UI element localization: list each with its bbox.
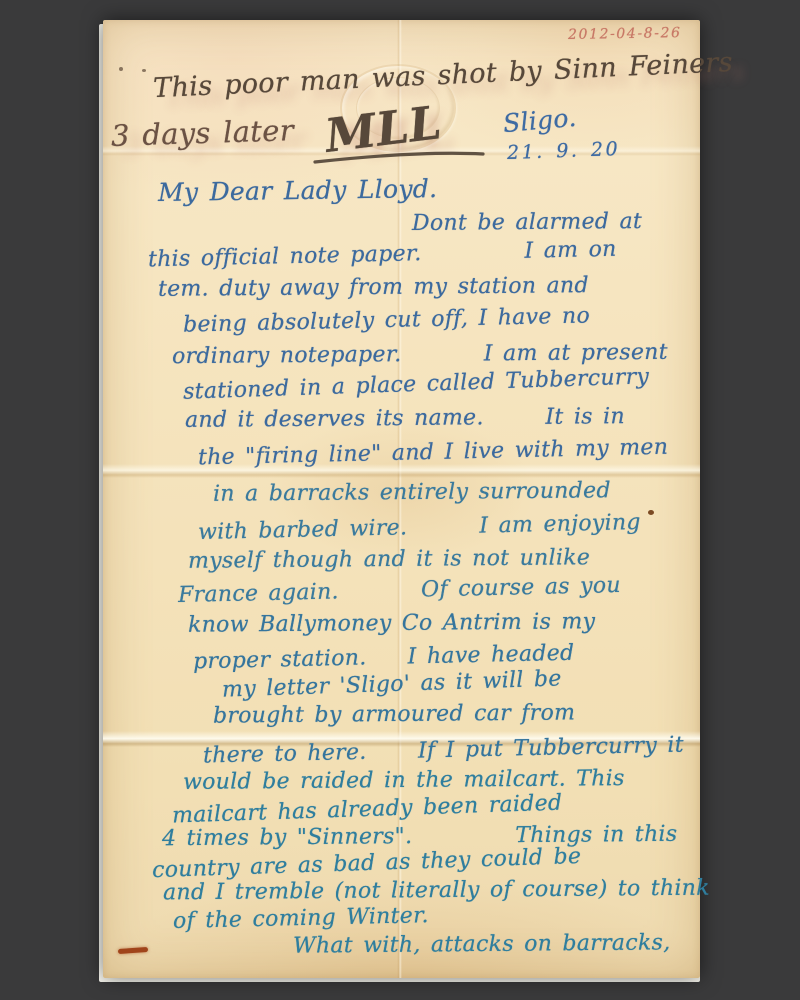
letter-line: 4 times by "Sinners". Things in this bbox=[162, 822, 678, 851]
letter-line: brought by armoured car from bbox=[213, 700, 575, 728]
letter-line: of the coming Winter. bbox=[173, 903, 429, 934]
letter-line: stationed in a place called Tubbercurry bbox=[183, 364, 650, 404]
letter-line: Dont be alarmed at bbox=[412, 209, 642, 236]
fold-crease-horizontal-2 bbox=[103, 464, 700, 478]
ink-dot bbox=[119, 67, 123, 71]
scan-background: 2012-04-8-26 This poor man was shot by S… bbox=[0, 0, 800, 1000]
letter-line: know Ballymoney Co Antrim is my bbox=[188, 609, 596, 638]
letter-line: myself though and it is not unlike bbox=[188, 545, 590, 574]
letter-line: and I tremble (not literally of course) … bbox=[163, 876, 710, 906]
letter-paper: 2012-04-8-26 This poor man was shot by S… bbox=[103, 20, 700, 978]
letter-line: there to here. If I put Tubbercurry it bbox=[203, 733, 684, 769]
letter-line: and it deserves its name. It is in bbox=[185, 404, 625, 433]
letter-line: What with, attacks on barracks, bbox=[293, 930, 671, 958]
letter-line: in a barracks entirely surrounded bbox=[213, 478, 611, 506]
letter-line: tem. duty away from my station and bbox=[158, 273, 589, 302]
annotation-underline-flourish bbox=[311, 146, 501, 170]
accession-number: 2012-04-8-26 bbox=[568, 25, 682, 43]
letter-line: France again. Of course as you bbox=[178, 573, 621, 608]
letter-date: 21. 9. 20 bbox=[507, 138, 621, 164]
letter-line: the "firing line" and I live with my men bbox=[198, 435, 669, 471]
ink-dot bbox=[142, 69, 146, 72]
salutation: My Dear Lady Lloyd. bbox=[158, 174, 438, 207]
letter-line: with barbed wire. I am enjoying bbox=[198, 510, 641, 545]
letter-line: ordinary notepaper. I am at present bbox=[172, 340, 668, 369]
ink-fleck bbox=[648, 510, 654, 515]
rust-mark bbox=[118, 947, 148, 954]
place-name: Sligo. bbox=[502, 103, 578, 138]
annotation-line-2: 3 days later bbox=[111, 113, 295, 153]
letter-line: this official note paper. I am on bbox=[148, 237, 617, 273]
letter-line: being absolutely cut off, I have no bbox=[183, 303, 590, 337]
